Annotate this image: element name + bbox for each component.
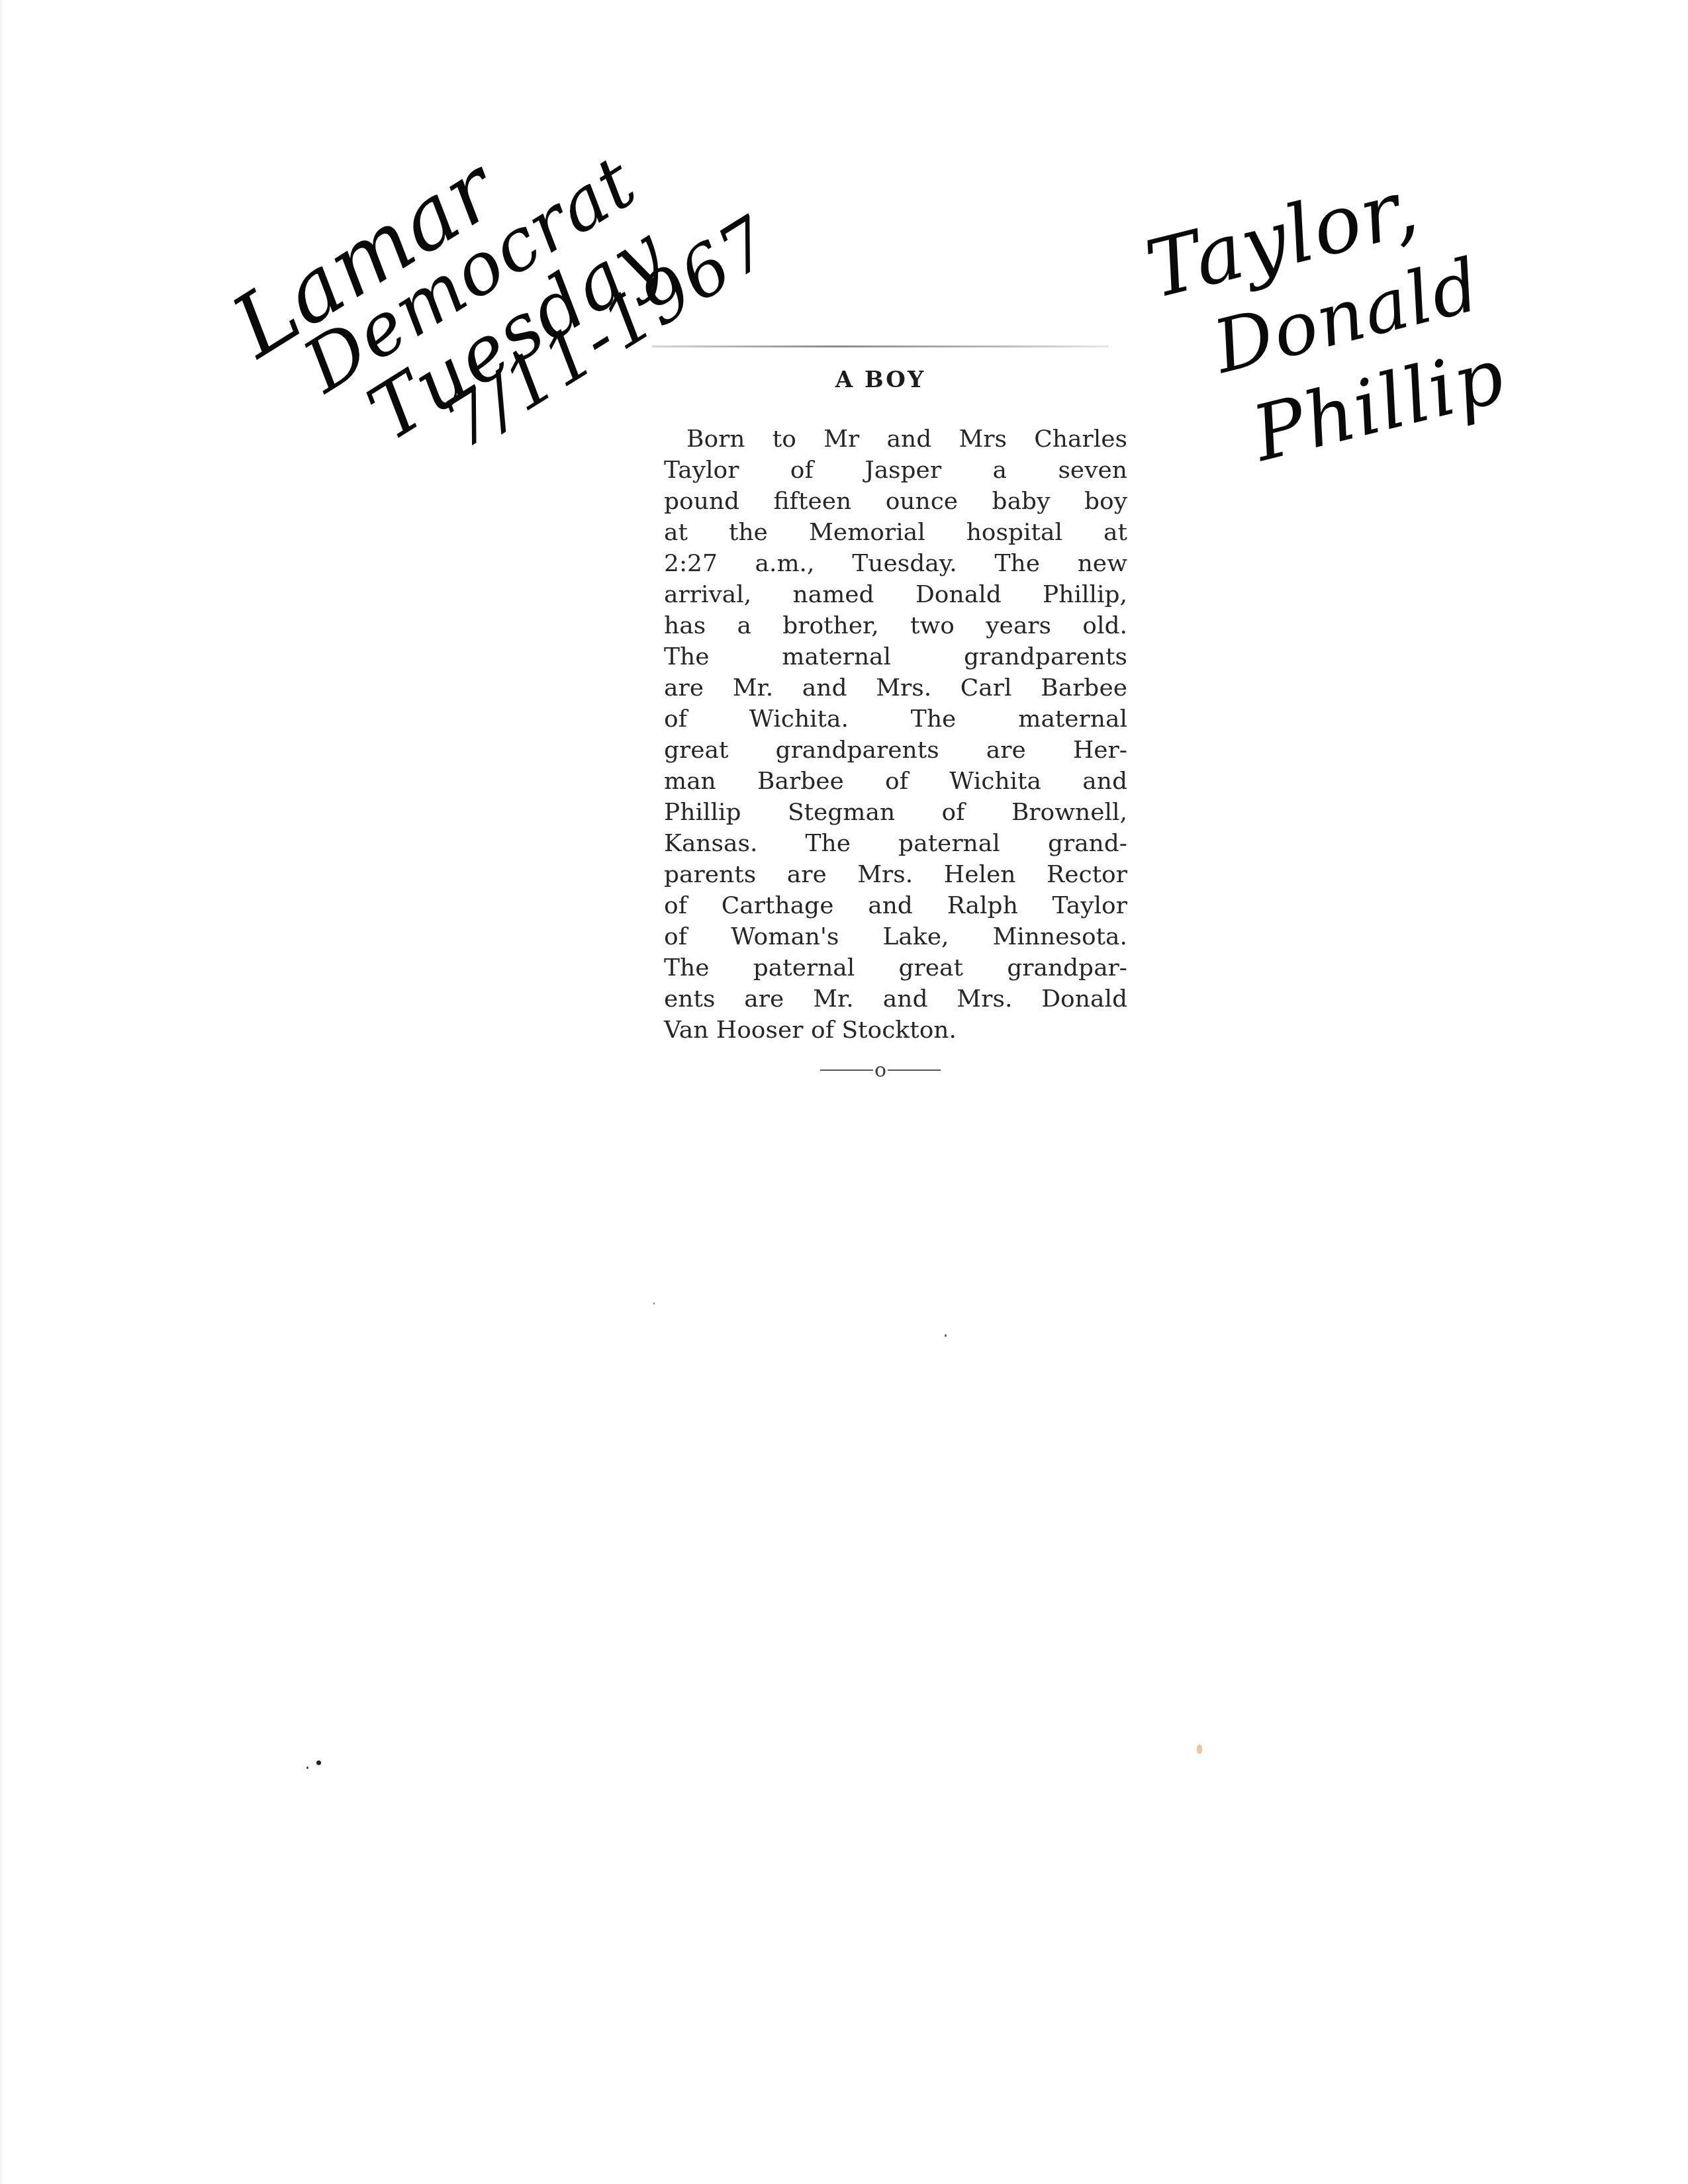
article-line: Phillip Stegman of Brownell, (664, 797, 1127, 828)
scan-speck (316, 1760, 321, 1765)
article-line: man Barbee of Wichita and (664, 766, 1127, 797)
article-line: arrival, named Donald Phillip, (664, 579, 1127, 610)
scan-speck (653, 1302, 655, 1304)
scanned-page: Lamar Democrat Tuesday 7/11-1967 Taylor,… (0, 0, 1688, 2184)
article-line: great grandparents are Her- (664, 735, 1127, 766)
clipping-headline: A BOY (652, 367, 1109, 393)
scan-edge-shadow (0, 0, 4, 2184)
article-line: The maternal grandparents (664, 641, 1127, 672)
article-line: of Woman's Lake, Minnesota. (664, 921, 1127, 952)
newspaper-clipping: A BOY Born to Mr and Mrs CharlesTaylor o… (652, 343, 1109, 1097)
article-line: Born to Mr and Mrs Charles (664, 424, 1127, 455)
article-line: 2:27 a.m., Tuesday. The new (664, 548, 1127, 579)
article-line: Kansas. The paternal grand- (664, 828, 1127, 859)
clipping-article-body: Born to Mr and Mrs CharlesTaylor of Jasp… (664, 424, 1127, 1046)
article-line: Taylor of Jasper a seven (664, 455, 1127, 486)
scan-speck (945, 1334, 947, 1337)
end-of-article-mark: o (652, 1058, 1109, 1082)
scan-speck (306, 1766, 308, 1769)
article-line: parents are Mrs. Helen Rector (664, 859, 1127, 890)
scan-stain (1197, 1745, 1202, 1754)
end-mark-dash-left (820, 1069, 873, 1071)
article-line: ents are Mr. and Mrs. Donald (664, 983, 1127, 1015)
article-line: of Carthage and Ralph Taylor (664, 890, 1127, 921)
article-line: pound fifteen ounce baby boy (664, 486, 1127, 517)
article-line: The paternal great grandpar- (664, 952, 1127, 983)
article-line: are Mr. and Mrs. Carl Barbee (664, 672, 1127, 704)
end-mark-dash-right (888, 1069, 941, 1071)
article-line: has a brother, two years old. (664, 610, 1127, 641)
handwritten-source-note: Lamar Democrat Tuesday 7/11-1967 (252, 132, 715, 410)
article-line: Van Hooser of Stockton. (664, 1015, 1127, 1046)
article-line: of Wichita. The maternal (664, 704, 1127, 735)
handwritten-name-note: Taylor, Donald Phillip (1152, 179, 1483, 457)
end-mark-circle: o (874, 1059, 886, 1082)
clipping-top-rule (652, 345, 1109, 347)
article-line: at the Memorial hospital at (664, 517, 1127, 548)
